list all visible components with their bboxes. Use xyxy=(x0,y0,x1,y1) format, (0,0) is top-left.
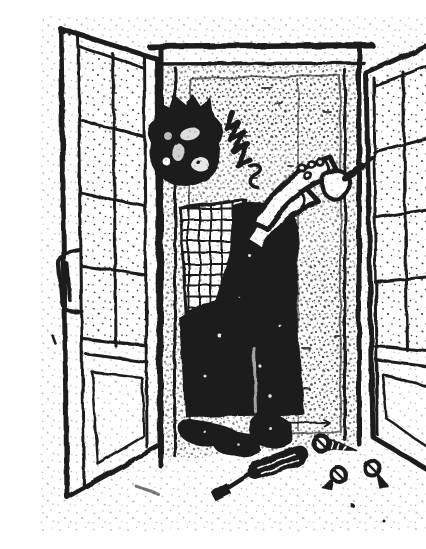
illustration-canvas xyxy=(40,16,426,533)
illustration xyxy=(40,16,426,533)
paper-grain xyxy=(40,16,426,533)
